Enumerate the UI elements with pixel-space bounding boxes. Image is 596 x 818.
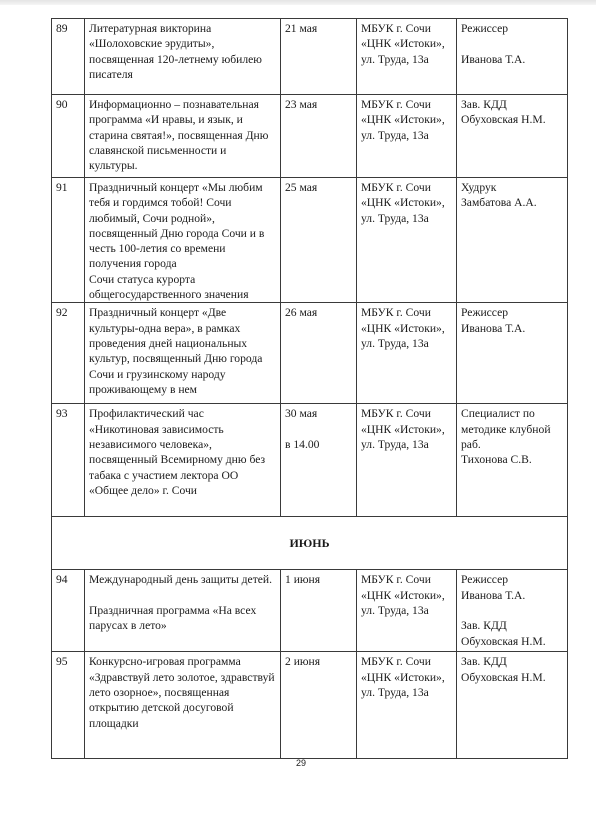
event-date: 23 мая xyxy=(281,95,357,178)
table-row: 91 Праздничный концерт «Мы любим тебя и … xyxy=(52,178,568,303)
event-place: МБУК г. Сочи «ЦНК «Истоки», ул. Труда, 1… xyxy=(357,303,457,404)
event-responsible: Специалист по методике клубной раб. Тихо… xyxy=(457,404,568,517)
event-date: 30 мая в 14.00 xyxy=(281,404,357,517)
table-row: 94 Международный день защиты детей. Праз… xyxy=(52,570,568,652)
event-title: Профилактический час «Никотиновая зависи… xyxy=(85,404,281,517)
table-row: 93 Профилактический час «Никотиновая зав… xyxy=(52,404,568,517)
event-responsible: Худрук Замбатова А.А. xyxy=(457,178,568,303)
event-date: 26 мая xyxy=(281,303,357,404)
event-title: Праздничный концерт «Две культуры-одна в… xyxy=(85,303,281,404)
table-row: 90 Информационно – познавательная програ… xyxy=(52,95,568,178)
viewer-top-edge xyxy=(0,0,596,5)
event-title: Литературная викторина «Шолоховские эруд… xyxy=(85,19,281,95)
table-row: 92 Праздничный концерт «Две культуры-одн… xyxy=(52,303,568,404)
event-title: Информационно – познавательная программа… xyxy=(85,95,281,178)
table-row: 89 Литературная викторина «Шолоховские э… xyxy=(52,19,568,95)
page-number: 29 xyxy=(296,758,306,768)
event-place: МБУК г. Сочи «ЦНК «Истоки», ул. Труда, 1… xyxy=(357,652,457,759)
event-date: 1 июня xyxy=(281,570,357,652)
event-responsible: Режиссер Иванова Т.А. xyxy=(457,19,568,95)
month-header: ИЮНЬ xyxy=(52,517,568,570)
event-date: 21 мая xyxy=(281,19,357,95)
event-responsible: Режиссер Иванова Т.А. xyxy=(457,303,568,404)
event-responsible: Зав. КДД Обуховская Н.М. xyxy=(457,95,568,178)
event-number: 90 xyxy=(52,95,85,178)
event-place: МБУК г. Сочи «ЦНК «Истоки», ул. Труда, 1… xyxy=(357,178,457,303)
events-schedule-table: 89 Литературная викторина «Шолоховские э… xyxy=(51,18,568,759)
event-date: 2 июня xyxy=(281,652,357,759)
event-responsible: Режиссер Иванова Т.А. Зав. КДД Обуховска… xyxy=(457,570,568,652)
event-number: 92 xyxy=(52,303,85,404)
event-date: 25 мая xyxy=(281,178,357,303)
event-place: МБУК г. Сочи «ЦНК «Истоки», ул. Труда, 1… xyxy=(357,95,457,178)
table-row: 95 Конкурсно-игровая программа «Здравств… xyxy=(52,652,568,759)
event-place: МБУК г. Сочи «ЦНК «Истоки», ул. Труда, 1… xyxy=(357,404,457,517)
event-number: 95 xyxy=(52,652,85,759)
event-title: Международный день защиты детей. Праздни… xyxy=(85,570,281,652)
event-place: МБУК г. Сочи «ЦНК «Истоки», ул. Труда, 1… xyxy=(357,19,457,95)
month-header-row: ИЮНЬ xyxy=(52,517,568,570)
event-number: 91 xyxy=(52,178,85,303)
event-number: 89 xyxy=(52,19,85,95)
event-title: Праздничный концерт «Мы любим тебя и гор… xyxy=(85,178,281,303)
event-title: Конкурсно-игровая программа «Здравствуй … xyxy=(85,652,281,759)
event-number: 94 xyxy=(52,570,85,652)
event-number: 93 xyxy=(52,404,85,517)
event-place: МБУК г. Сочи «ЦНК «Истоки», ул. Труда, 1… xyxy=(357,570,457,652)
event-responsible: Зав. КДД Обуховская Н.М. xyxy=(457,652,568,759)
